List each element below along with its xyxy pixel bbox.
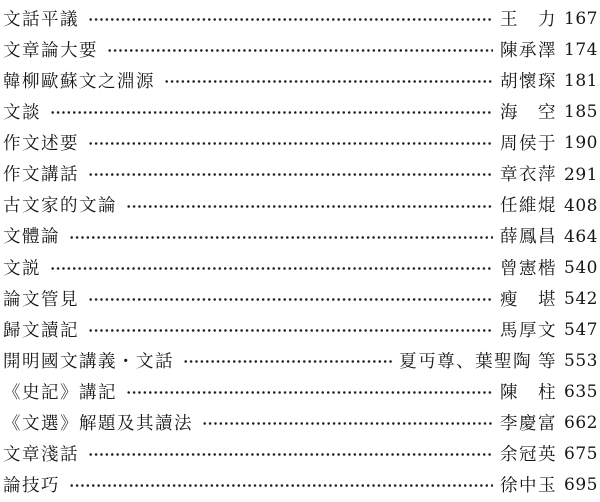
entry-author: 李慶富: [500, 415, 557, 433]
entry-author: 薛鳳昌: [500, 228, 557, 246]
entry-title: 文話平議: [3, 11, 79, 29]
entry-title: 《文選》解題及其讀法: [3, 415, 193, 433]
entry-author: 任維焜: [500, 197, 557, 215]
entry-author: 王 力: [500, 11, 557, 29]
entry-page: 190: [564, 135, 598, 152]
entry-title: 論技巧: [3, 477, 60, 495]
dot-leader: [69, 222, 493, 253]
entry-page: 675: [564, 446, 598, 463]
entry-page: 695: [564, 477, 598, 494]
entry-author: 胡懷琛: [500, 73, 557, 91]
entry-page: 553: [564, 353, 598, 370]
toc-row: 古文家的文論 任維焜 408: [3, 191, 598, 222]
entry-title: 作文講話: [3, 166, 79, 184]
toc-row: 作文講話 章衣萍 291: [3, 159, 598, 190]
dot-leader: [88, 128, 493, 159]
entry-author: 陳 柱: [500, 384, 557, 402]
toc-row: 作文述要 周侯于 190: [3, 128, 598, 159]
toc-row: 《史記》講記 陳 柱 635: [3, 377, 598, 408]
entry-title: 韓柳歐蘇文之淵源: [3, 73, 155, 91]
toc-row: 文章淺話 余冠英 675: [3, 439, 598, 470]
entry-title: 文章論大要: [3, 42, 98, 60]
entry-title: 論文管見: [3, 291, 79, 309]
dot-leader: [88, 4, 493, 35]
entry-page: 542: [564, 291, 598, 308]
entry-author: 余冠英: [500, 446, 557, 464]
dot-leader: [88, 284, 493, 315]
toc-row: 韓柳歐蘇文之淵源 胡懷琛 181: [3, 66, 598, 97]
dot-leader: [69, 470, 493, 501]
dot-leader: [107, 35, 493, 66]
entry-page: 540: [564, 260, 598, 277]
dot-leader: [164, 66, 493, 97]
toc-row: 文話平議 王 力 167: [3, 4, 598, 35]
dot-leader: [126, 191, 493, 222]
toc-row: 文章論大要 陳承澤 174: [3, 35, 598, 66]
toc-row: 論技巧 徐中玉 695: [3, 470, 598, 501]
entry-title: 文談: [3, 104, 41, 122]
entry-page: 635: [564, 384, 598, 401]
dot-leader: [50, 97, 493, 128]
dot-leader: [88, 315, 493, 346]
entry-author: 夏丏尊、葉聖陶 等: [399, 353, 557, 371]
entry-title: 《史記》講記: [3, 384, 117, 402]
entry-author: 章衣萍: [500, 166, 557, 184]
entry-title: 文章淺話: [3, 446, 79, 464]
entry-title: 開明國文講義・文話: [3, 353, 174, 371]
toc-row: 文説 曾憲楷 540: [3, 253, 598, 284]
toc-row: 論文管見 瘦 堪 542: [3, 284, 598, 315]
entry-title: 文體論: [3, 228, 60, 246]
entry-author: 馬厚文: [500, 322, 557, 340]
entry-page: 464: [564, 229, 598, 246]
entry-title: 古文家的文論: [3, 197, 117, 215]
dot-leader: [50, 253, 493, 284]
toc-row: 文談 海 空 185: [3, 97, 598, 128]
entry-author: 海 空: [500, 104, 557, 122]
entry-title: 文説: [3, 260, 41, 278]
dot-leader: [88, 439, 493, 470]
entry-page: 185: [564, 104, 598, 121]
entry-author: 徐中玉: [500, 477, 557, 495]
entry-page: 662: [564, 415, 598, 432]
toc-row: 開明國文講義・文話 夏丏尊、葉聖陶 等 553: [3, 346, 598, 377]
entry-page: 174: [564, 42, 598, 59]
entry-author: 陳承澤: [500, 42, 557, 60]
entry-page: 408: [564, 198, 598, 215]
entry-page: 291: [564, 167, 598, 184]
entry-author: 瘦 堪: [500, 291, 557, 309]
entry-title: 歸文讀記: [3, 322, 79, 340]
toc-row: 歸文讀記 馬厚文 547: [3, 315, 598, 346]
entry-page: 181: [564, 73, 598, 90]
dot-leader: [88, 159, 493, 190]
table-of-contents: 文話平議 王 力 167 文章論大要 陳承澤 174 韓柳歐蘇文之淵源 胡懷琛 …: [0, 0, 600, 502]
dot-leader: [126, 377, 493, 408]
entry-title: 作文述要: [3, 135, 79, 153]
entry-page: 167: [564, 11, 598, 28]
toc-row: 《文選》解題及其讀法 李慶富 662: [3, 408, 598, 439]
dot-leader: [202, 408, 493, 439]
entry-author: 周侯于: [500, 135, 557, 153]
entry-author: 曾憲楷: [500, 260, 557, 278]
toc-row: 文體論 薛鳳昌 464: [3, 222, 598, 253]
entry-page: 547: [564, 322, 598, 339]
dot-leader: [183, 346, 392, 377]
